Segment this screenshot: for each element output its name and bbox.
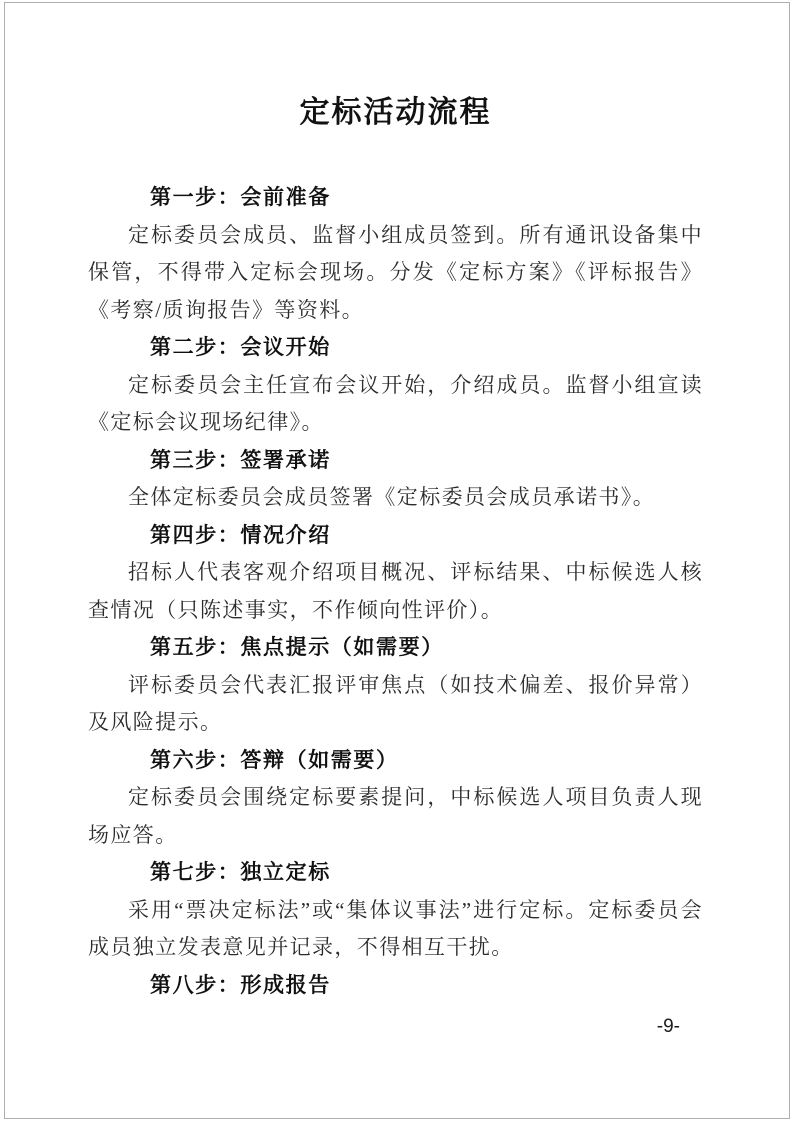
step-block: 第六步：答辩（如需要） 定标委员会围绕定标要素提问，中标候选人项目负责人现场应答…	[88, 742, 703, 855]
step-body-text: 采用“票决定标法”或“集体议事法”进行定标。定标委员会成员独立发表意见并记录，不…	[88, 892, 703, 967]
page-title: 定标活动流程	[88, 89, 703, 137]
step-body-text: 全体定标委员会成员签署《定标委员会成员承诺书》。	[88, 479, 703, 517]
step-body-text: 评标委员会代表汇报评审焦点（如技术偏差、报价异常）及风险提示。	[88, 667, 703, 742]
step-body-text: 定标委员会围绕定标要素提问，中标候选人项目负责人现场应答。	[88, 779, 703, 854]
step-heading: 第一步：会前准备	[88, 179, 703, 217]
step-body-text: 招标人代表客观介绍项目概况、评标结果、中标候选人核查情况（只陈述事实，不作倾向性…	[88, 554, 703, 629]
step-block: 第七步：独立定标 采用“票决定标法”或“集体议事法”进行定标。定标委员会成员独立…	[88, 854, 703, 967]
page-number: -9-	[0, 1014, 793, 1040]
step-block: 第五步：焦点提示（如需要） 评标委员会代表汇报评审焦点（如技术偏差、报价异常）及…	[88, 629, 703, 742]
step-block: 第三步：签署承诺 全体定标委员会成员签署《定标委员会成员承诺书》。	[88, 442, 703, 517]
step-block: 第八步：形成报告	[88, 967, 703, 1005]
step-body-text: 定标委员会主任宣布会议开始，介绍成员。监督小组宣读《定标会议现场纪律》。	[88, 367, 703, 442]
step-heading: 第四步：情况介绍	[88, 517, 703, 555]
document-page: 定标活动流程 第一步：会前准备 定标委员会成员、监督小组成员签到。所有通讯设备集…	[0, 0, 793, 1122]
step-block: 第二步：会议开始 定标委员会主任宣布会议开始，介绍成员。监督小组宣读《定标会议现…	[88, 329, 703, 442]
step-heading: 第八步：形成报告	[88, 967, 703, 1005]
step-heading: 第六步：答辩（如需要）	[88, 742, 703, 780]
steps-list: 第一步：会前准备 定标委员会成员、监督小组成员签到。所有通讯设备集中保管，不得带…	[88, 179, 703, 1004]
page-content: 定标活动流程 第一步：会前准备 定标委员会成员、监督小组成员签到。所有通讯设备集…	[88, 0, 703, 1004]
step-block: 第四步：情况介绍 招标人代表客观介绍项目概况、评标结果、中标候选人核查情况（只陈…	[88, 517, 703, 630]
step-body-text: 定标委员会成员、监督小组成员签到。所有通讯设备集中保管，不得带入定标会现场。分发…	[88, 217, 703, 330]
step-heading: 第三步：签署承诺	[88, 442, 703, 480]
step-heading: 第七步：独立定标	[88, 854, 703, 892]
step-heading: 第二步：会议开始	[88, 329, 703, 367]
step-block: 第一步：会前准备 定标委员会成员、监督小组成员签到。所有通讯设备集中保管，不得带…	[88, 179, 703, 329]
step-heading: 第五步：焦点提示（如需要）	[88, 629, 703, 667]
